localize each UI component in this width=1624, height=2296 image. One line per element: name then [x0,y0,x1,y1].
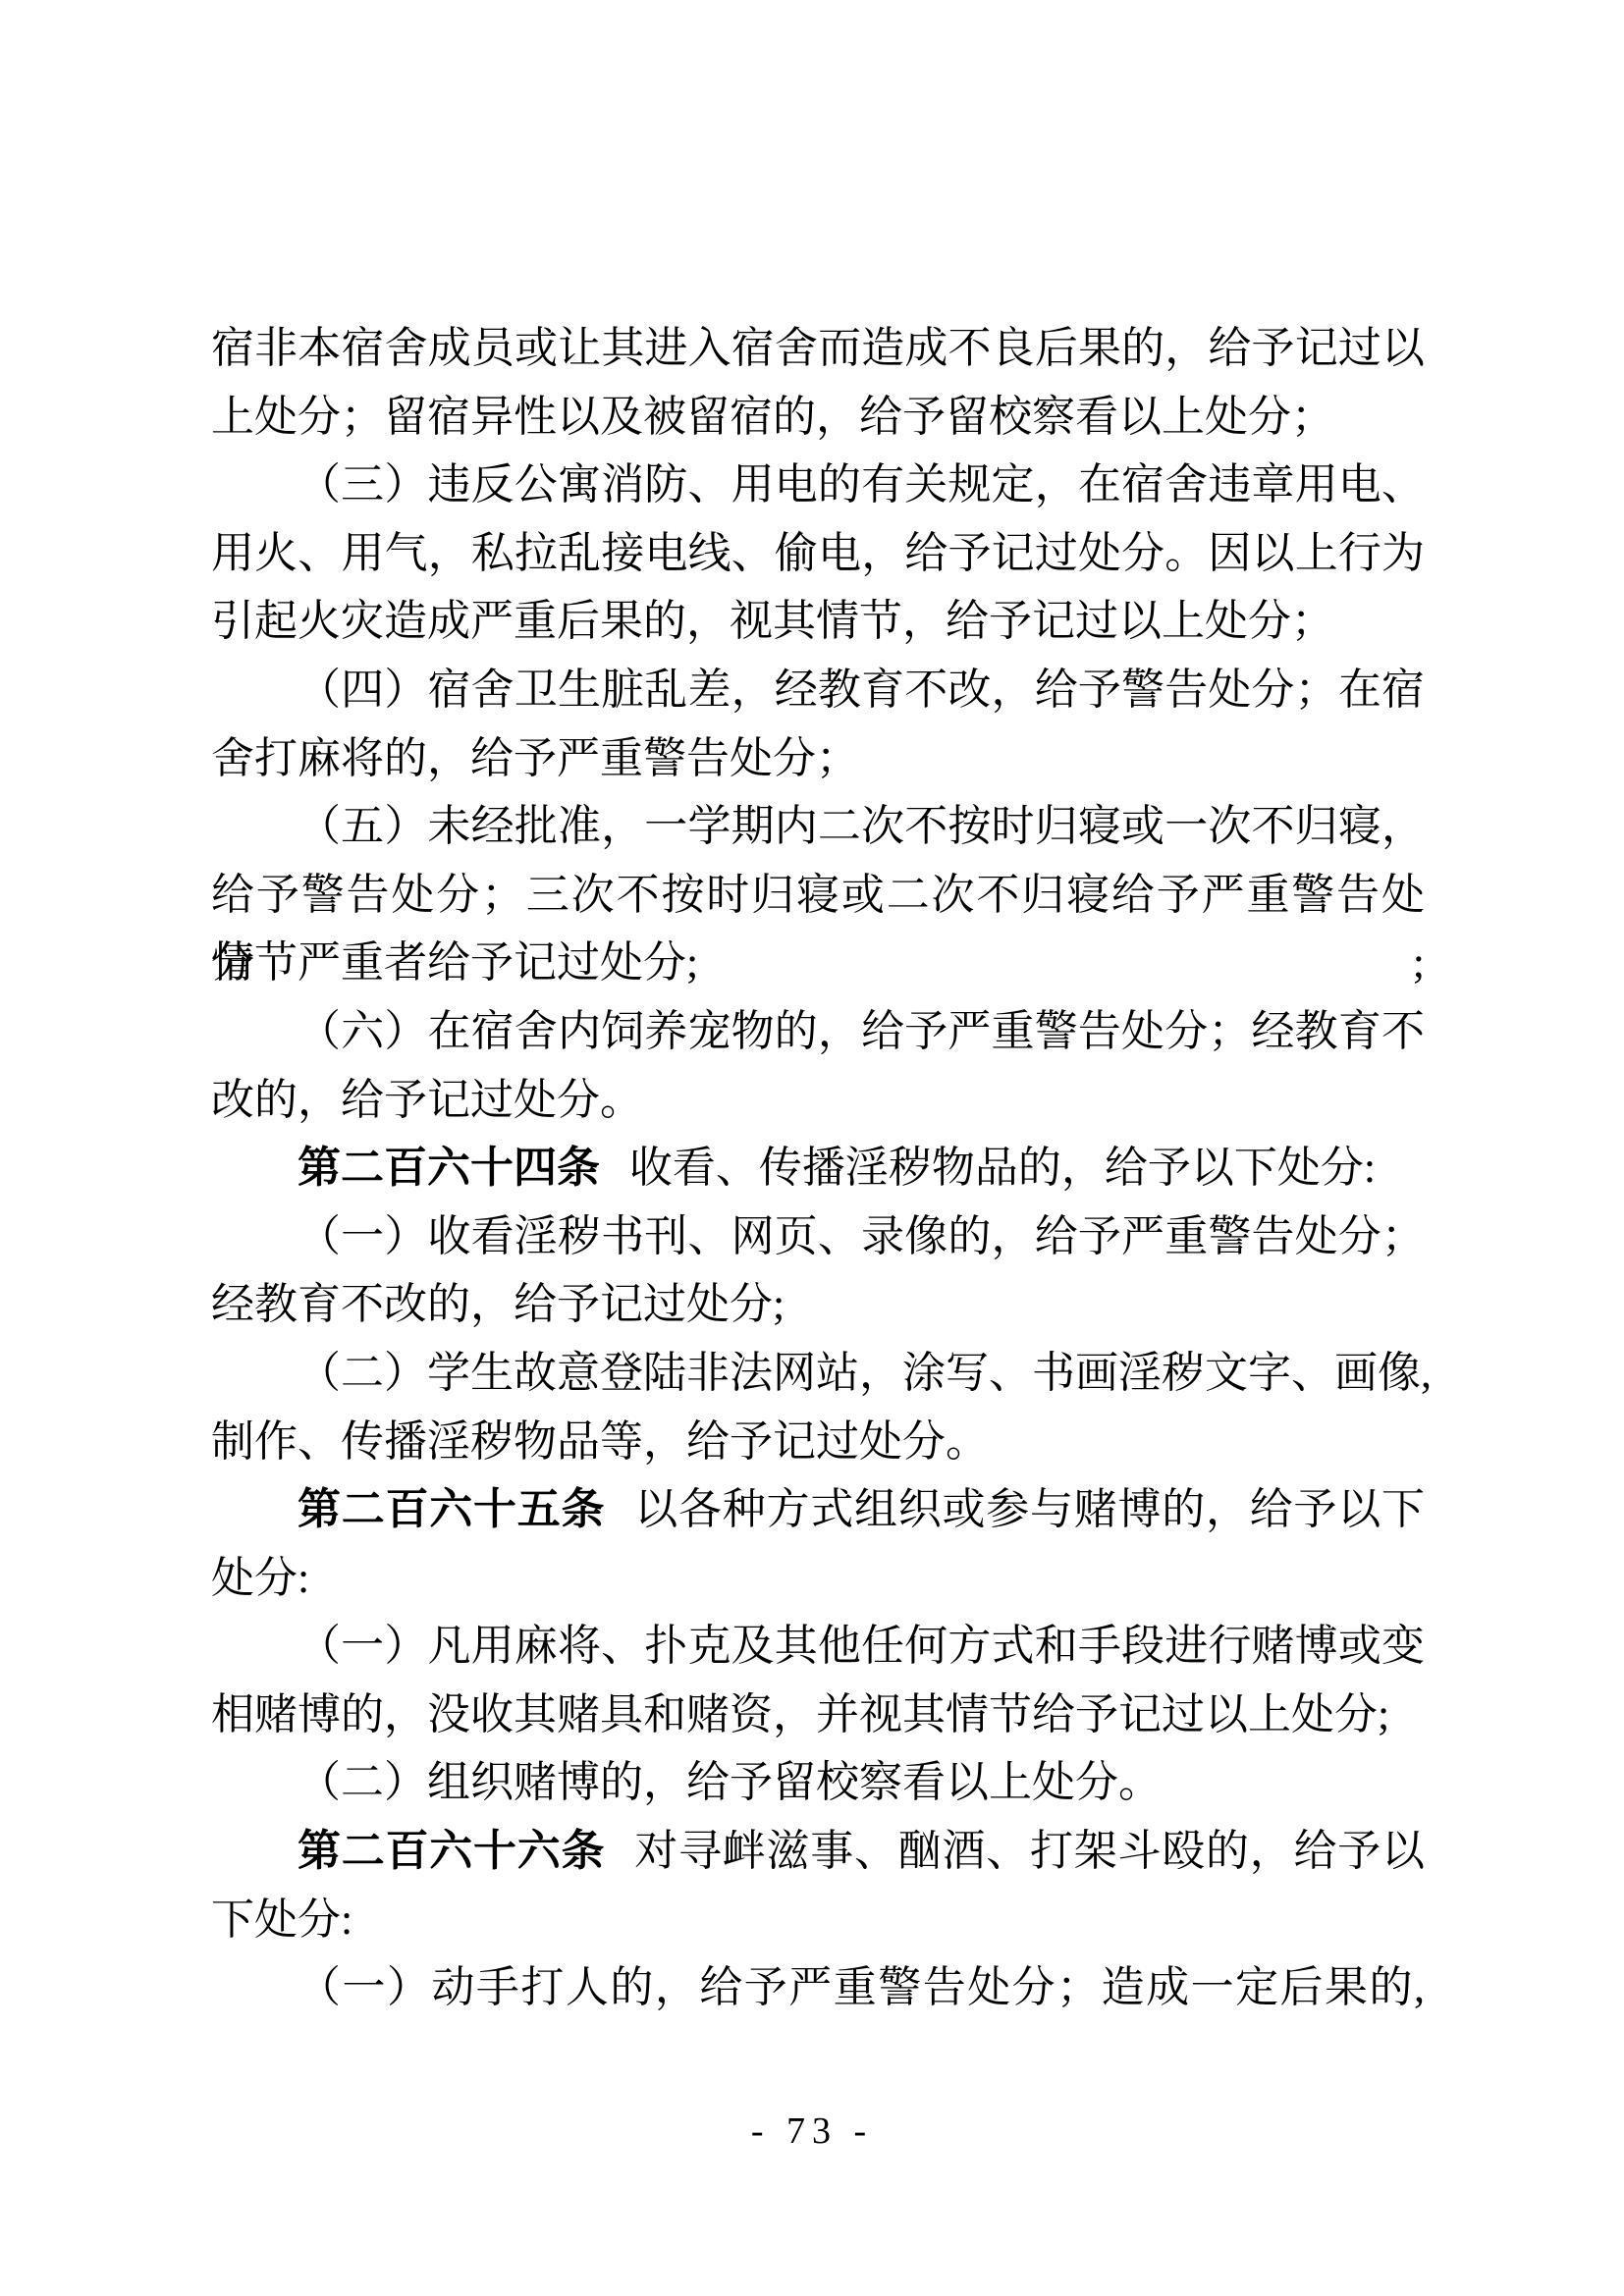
text-line: 改的，给予记过处分。 [211,1066,1425,1135]
article-heading-line: 第二百六十六条对寻衅滋事、酗酒、打架斗殴的，给予以 [211,1817,1425,1886]
text-line: 上处分；留宿异性以及被留宿的，给予留校察看以上处分； [211,383,1425,452]
text-body: 宿非本宿舍成员或让其进入宿舍而造成不良后果的，给予记过以 上处分；留宿异性以及被… [211,314,1425,2022]
text-line: 经教育不改的，给予记过处分; [211,1270,1425,1339]
article-number: 第二百六十六条 [298,1827,605,1875]
article-heading-line: 第二百六十五条以各种方式组织或参与赌博的，给予以下 [211,1475,1425,1544]
article-heading-line: 第二百六十四条收看、传播淫秽物品的，给予以下处分: [211,1134,1425,1202]
text-line: 处分: [211,1544,1425,1613]
text-line: 相赌博的，没收其赌具和赌资，并视其情节给予记过以上处分; [211,1681,1425,1749]
text-line: 舍打麻将的，给予严重警告处分； [211,724,1425,793]
article-heading-text: 对寻衅滋事、酗酒、打架斗殴的，给予以 [634,1827,1425,1875]
clause-line: （一）凡用麻将、扑克及其他任何方式和手段进行赌博或变 [211,1612,1425,1681]
text-line: 制作、传播淫秽物品等，给予记过处分。 [211,1408,1425,1476]
page-number: - 73 - [0,2112,1624,2150]
text-line: 下处分: [211,1886,1425,1954]
text-line: 引起火灾造成严重后果的，视其情节，给予记过以上处分； [211,587,1425,656]
clause-line: （一）收看淫秽书刊、网页、录像的，给予严重警告处分； [211,1202,1425,1271]
clause-line: （二）学生故意登陆非法网站，涂写、书画淫秽文字、画像, [211,1339,1425,1408]
clause-line: （一）动手打人的，给予严重警告处分；造成一定后果的, [211,1953,1425,2022]
article-number: 第二百六十五条 [298,1485,605,1533]
text-line: 给予警告处分；三次不按时归寝或二次不归寝给予严重警告处分; [211,861,1425,930]
text-line: 用火、用气，私拉乱接电线、偷电，给予记过处分。因以上行为 [211,519,1425,588]
document-page: 宿非本宿舍成员或让其进入宿舍而造成不良后果的，给予记过以 上处分；留宿异性以及被… [0,0,1624,2296]
clause-line: （四）宿舍卫生脏乱差，经教育不改，给予警告处分；在宿 [211,656,1425,724]
clause-line: （五）未经批准，一学期内二次不按时归寝或一次不归寝， [211,792,1425,861]
clause-line: （三）违反公寓消防、用电的有关规定，在宿舍违章用电、 [211,451,1425,519]
article-number: 第二百六十四条 [298,1144,600,1192]
text-line: 宿非本宿舍成员或让其进入宿舍而造成不良后果的，给予记过以 [211,314,1425,383]
clause-line: （六）在宿舍内饲养宠物的，给予严重警告处分；经教育不 [211,997,1425,1066]
clause-line: （二）组织赌博的，给予留校察看以上处分。 [211,1748,1425,1817]
article-heading-text: 以各种方式组织或参与赌博的，给予以下 [634,1485,1425,1533]
article-heading-text: 收看、传播淫秽物品的，给予以下处分: [629,1144,1376,1192]
